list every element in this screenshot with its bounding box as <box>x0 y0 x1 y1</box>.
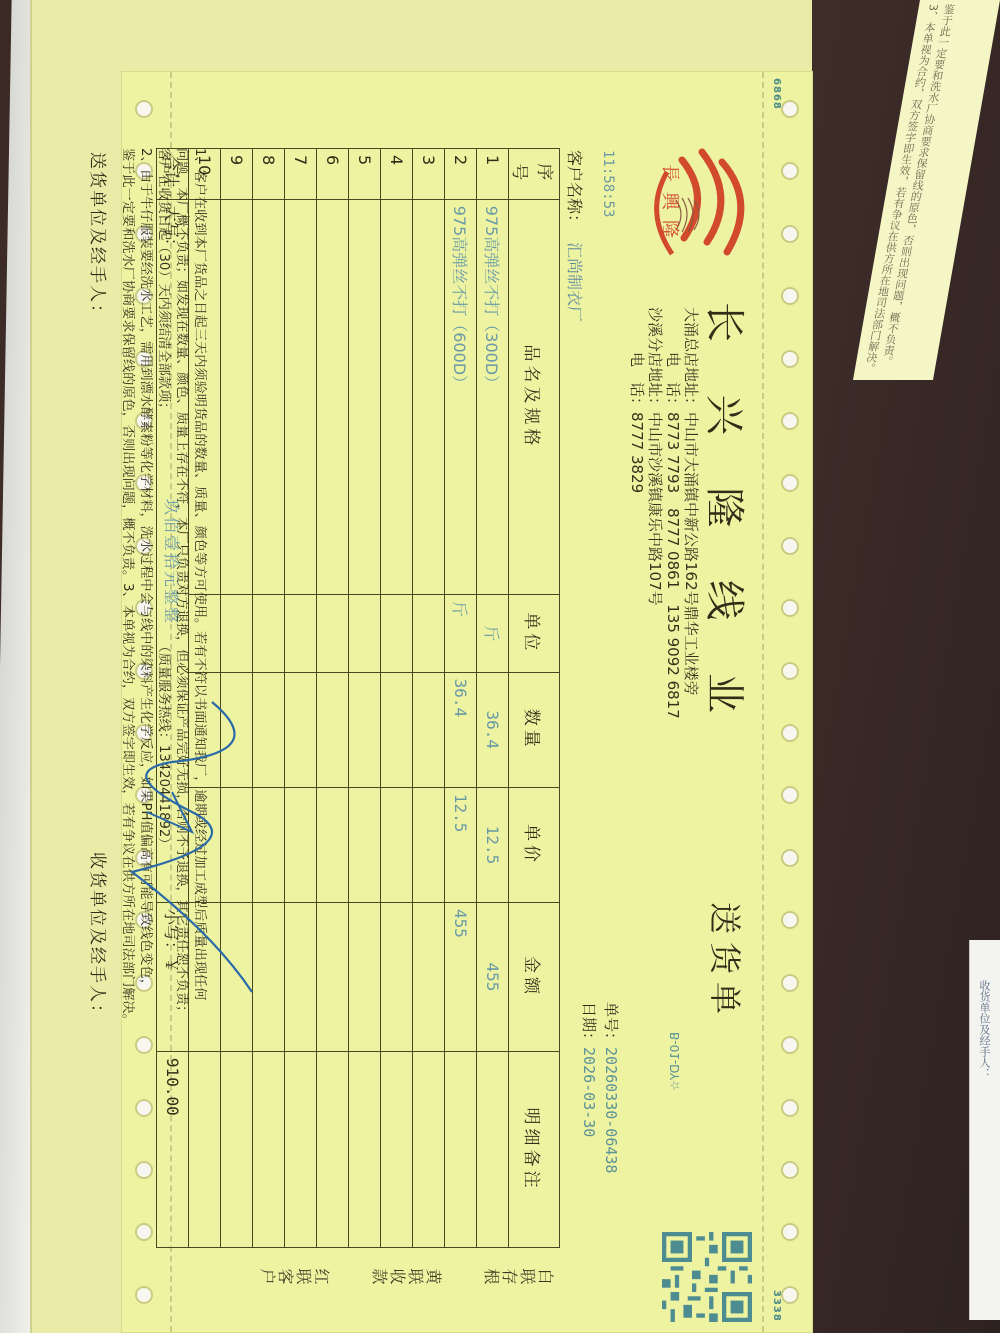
table-row: 1975高弹丝不打（300D）斤36.412.5455 <box>477 149 509 1248</box>
cell-name: 975高弹丝不打（600D） <box>445 199 477 594</box>
cell-amount <box>253 903 285 1052</box>
branch-address-value: 中山市沙溪镇康乐中路107号 <box>646 412 664 606</box>
cell-amount: 455 <box>445 903 477 1052</box>
branch-phone: 电 话：8777 3829 <box>627 300 648 493</box>
cell-qty: 36.4 <box>477 672 509 787</box>
punch-hole <box>781 287 799 305</box>
branch-address-label: 沙溪分店地址： <box>645 300 666 412</box>
punch-hole <box>781 911 799 929</box>
cell-amount <box>349 903 381 1052</box>
punch-hole <box>781 1161 799 1179</box>
copy-label-yellow: 黄联收款 <box>370 1264 442 1287</box>
cell-amount: 455 <box>477 903 509 1052</box>
cell-seq: 5 <box>349 149 381 200</box>
cell-seq: 3 <box>413 149 445 200</box>
punch-hole <box>781 1223 799 1241</box>
hq-phone: 电 话：8773 7793 8777 0861 135 9092 6817 <box>663 300 684 719</box>
header-unit: 单位 <box>509 595 560 673</box>
cell-price <box>253 787 285 902</box>
cell-qty <box>221 672 253 787</box>
order-date-label: 日期： <box>580 1002 598 1047</box>
cell-name <box>285 199 317 594</box>
terms-and-conditions: 1、客户在收到本厂货品之日起三天内须验明货品的数量、质量、颜色等方可使用。若有不… <box>118 148 208 1258</box>
cell-price <box>381 787 413 902</box>
punch-hole <box>781 100 799 118</box>
order-number: 单号：20260330-06438 <box>601 1002 622 1173</box>
cell-unit: 斤 <box>477 595 509 673</box>
side-code-bottom: 3338 <box>771 1290 782 1322</box>
cell-note <box>381 1051 413 1247</box>
header-seq: 序号 <box>509 149 560 200</box>
cell-price: 12.5 <box>477 787 509 902</box>
table-row: 6 <box>317 149 349 1248</box>
cell-note <box>221 1051 253 1247</box>
background-document-top-right: 鉴于此一定要和洗水厂协商要求保留线的原色，否则出现问题，概不负责。3、本单视为合… <box>853 0 1000 380</box>
hq-phone-label: 电 话： <box>663 300 684 412</box>
hq-address-value: 中山市大涌镇中新公路162号鼎华工业楼旁 <box>682 412 700 696</box>
header-amount: 金额 <box>509 903 560 1052</box>
delivery-note: 6868 3338 長興隆 长 兴 隆 线 业 送货单 大涌总店地址：中山市大涌… <box>122 72 812 1332</box>
cell-price <box>285 787 317 902</box>
punch-hole <box>781 662 799 680</box>
cell-amount <box>285 903 317 1052</box>
cell-price <box>349 787 381 902</box>
branch-phone-value: 8777 3829 <box>628 412 646 493</box>
hq-address-label: 大涌总店地址： <box>681 300 702 412</box>
cell-qty: 36.4 <box>445 672 477 787</box>
cell-price <box>221 787 253 902</box>
order-number-label: 单号： <box>602 1002 620 1047</box>
cell-qty <box>253 672 285 787</box>
cell-unit <box>253 595 285 673</box>
cell-unit: 斤 <box>445 595 477 673</box>
logo-text: 長興隆 <box>658 164 684 248</box>
terms-line: 鉴于此一定要和洗水厂协商要求保留线的原色，否则出现问题，概不负责。3、本单视为合… <box>118 148 136 1258</box>
cell-note <box>285 1051 317 1247</box>
cell-seq: 4 <box>381 149 413 200</box>
header-note: 明细备注 <box>509 1051 560 1247</box>
customer-name: 汇尚制衣厂 <box>564 242 587 322</box>
cell-amount <box>317 903 349 1052</box>
punch-hole <box>781 786 799 804</box>
cell-name <box>381 199 413 594</box>
items-table: 序号 品名及规格 单位 数量 单价 金额 明细备注 1975高弹丝不打（300D… <box>156 148 560 1248</box>
cell-seq: 1 <box>477 149 509 200</box>
cell-qty <box>349 672 381 787</box>
cell-name <box>221 199 253 594</box>
cell-unit <box>285 595 317 673</box>
cell-qty <box>381 672 413 787</box>
cell-amount <box>381 903 413 1052</box>
branch-address: 沙溪分店地址：中山市沙溪镇康乐中路107号 <box>645 300 666 606</box>
cell-name <box>413 199 445 594</box>
cell-note <box>445 1051 477 1247</box>
cell-unit <box>221 595 253 673</box>
punch-hole <box>781 412 799 430</box>
table-row: 3 <box>413 149 445 1248</box>
punch-hole <box>781 1036 799 1054</box>
cell-unit <box>317 595 349 673</box>
side-code-top: 6868 <box>771 78 782 110</box>
cell-qty <box>285 672 317 787</box>
table-row: 8 <box>253 149 285 1248</box>
punch-hole <box>135 1286 153 1304</box>
copy-label-white: 白联存根 <box>482 1264 554 1287</box>
cell-price <box>317 787 349 902</box>
punch-hole <box>781 974 799 992</box>
company-name: 长 兴 隆 线 业 <box>699 302 756 733</box>
order-date: 日期：2026-03-30 <box>579 1002 600 1137</box>
table-row: 4 <box>381 149 413 1248</box>
tractor-holes-top <box>770 72 810 1332</box>
punch-hole <box>781 1286 799 1304</box>
table-header-row: 序号 品名及规格 单位 数量 单价 金额 明细备注 <box>509 149 560 1248</box>
cell-unit <box>381 595 413 673</box>
order-date-value: 2026-03-30 <box>580 1047 598 1137</box>
background-document-bottom-right: 收货单位及经手人： <box>969 940 1000 1320</box>
cell-seq: 6 <box>317 149 349 200</box>
terms-line: 2、由于牛仔服装要经洗水工艺，需用到漂水酵素粉等化学材料，洗水过程中会与线中的染… <box>136 148 154 1258</box>
background-text: 收货单位及经手人： <box>970 940 998 1119</box>
header-qty: 数量 <box>509 672 560 787</box>
table-row: 2975高弹丝不打（600D）斤36.412.5455 <box>445 149 477 1248</box>
cell-price <box>413 787 445 902</box>
cell-note <box>253 1051 285 1247</box>
perforation-line <box>762 72 764 1332</box>
copy-label-red: 红联客户 <box>258 1264 330 1287</box>
punch-hole <box>781 537 799 555</box>
customer-label: 客户名称： <box>564 150 587 230</box>
terms-line: 客户在收货日起（30）天内须结清全部款项； （质量服务热线：1342044189… <box>154 148 172 1258</box>
receiver-signature-label: 收货单位及经手人： <box>87 852 112 1023</box>
cell-seq: 7 <box>285 149 317 200</box>
table-row: 7 <box>285 149 317 1248</box>
hq-address: 大涌总店地址：中山市大涌镇中新公路162号鼎华工业楼旁 <box>681 300 702 696</box>
cell-name: 975高弹丝不打（300D） <box>477 199 509 594</box>
cell-seq: 9 <box>221 149 253 200</box>
punch-hole <box>135 100 153 118</box>
header-name: 品名及规格 <box>509 199 560 594</box>
punch-hole <box>781 849 799 867</box>
table-row: 9 <box>221 149 253 1248</box>
qr-code-icon <box>662 1232 752 1322</box>
delivery-note-rotated: 6868 3338 長興隆 长 兴 隆 线 业 送货单 大涌总店地址：中山市大涌… <box>122 72 812 1332</box>
sender-signature-label: 送货单位及经手人： <box>87 152 112 323</box>
cell-note <box>317 1051 349 1247</box>
terms-line: 1、客户在收到本厂货品之日起三天内须验明货品的数量、质量、颜色等方可使用。若有不… <box>190 148 208 1258</box>
cell-name <box>349 199 381 594</box>
cell-name <box>253 199 285 594</box>
print-time: 11:58:53 <box>600 150 616 217</box>
cell-note <box>477 1051 509 1247</box>
cell-qty <box>317 672 349 787</box>
cell-note <box>349 1051 381 1247</box>
punch-hole <box>781 724 799 742</box>
order-number-value: 20260330-06438 <box>602 1047 620 1173</box>
cell-seq: 2 <box>445 149 477 200</box>
punch-hole <box>781 599 799 617</box>
header-price: 单价 <box>509 787 560 902</box>
document-type: 送货单 <box>704 902 750 1022</box>
punch-hole <box>781 474 799 492</box>
cell-name <box>317 199 349 594</box>
cell-qty <box>413 672 445 787</box>
cell-unit <box>413 595 445 673</box>
punch-hole <box>781 350 799 368</box>
cell-note <box>413 1051 445 1247</box>
cell-price: 12.5 <box>445 787 477 902</box>
punch-hole <box>781 225 799 243</box>
background-text: 鉴于此一定要和洗水厂协商要求保留线的原色，否则出现问题，概不负责。3、本单视为合… <box>853 0 964 380</box>
terms-line: 问题，本厂概不负责；如发现在数量、颜色、质量上存在不符，本厂只负责对方退换，但必… <box>172 148 190 1258</box>
cell-unit <box>349 595 381 673</box>
hq-phone-value: 8773 7793 8777 0861 135 9092 6817 <box>664 412 682 719</box>
form-code: B-01-DY☆ <box>668 1032 682 1091</box>
branch-phone-label: 电 话： <box>627 300 648 412</box>
cell-seq: 8 <box>253 149 285 200</box>
cell-amount <box>413 903 445 1052</box>
cell-amount <box>221 903 253 1052</box>
table-row: 5 <box>349 149 381 1248</box>
punch-hole <box>781 162 799 180</box>
punch-hole <box>781 1099 799 1117</box>
